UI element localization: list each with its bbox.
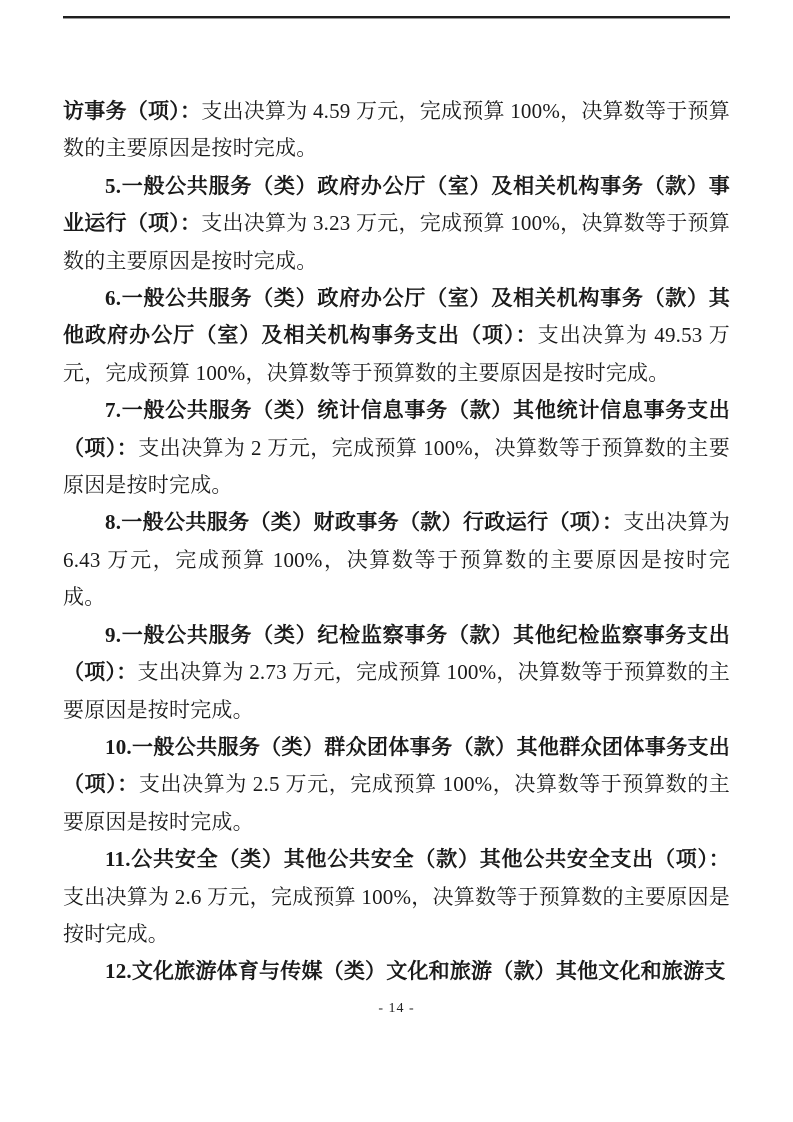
- body-paragraph: 12.文化旅游体育与传媒（类）文化和旅游（款）其他文化和旅游支: [63, 953, 730, 990]
- body-paragraph: 5.一般公共服务（类）政府办公厅（室）及相关机构事务（款）事业运行（项）：支出决…: [63, 168, 730, 280]
- header-rule: [63, 16, 730, 19]
- body-paragraph: 11.公共安全（类）其他公共安全（款）其他公共安全支出（项）：支出决算为 2.6…: [63, 841, 730, 953]
- body-paragraph: 9.一般公共服务（类）纪检监察事务（款）其他纪检监察事务支出（项）：支出决算为 …: [63, 617, 730, 729]
- document-page: 访事务（项）：支出决算为 4.59 万元，完成预算 100%，决算数等于预算数的…: [0, 0, 793, 1122]
- body-paragraph: 7.一般公共服务（类）统计信息事务（款）其他统计信息事务支出（项）：支出决算为 …: [63, 392, 730, 504]
- paragraph-body: 支出决算为 2 万元，完成预算 100%，决算数等于预算数的主要原因是按时完成。: [63, 436, 730, 497]
- body-paragraph: 6.一般公共服务（类）政府办公厅（室）及相关机构事务（款）其他政府办公厅（室）及…: [63, 280, 730, 392]
- paragraph-lead: 11.公共安全（类）其他公共安全（款）其他公共安全支出（项）：: [105, 847, 730, 871]
- paragraph-lead: 8.一般公共服务（类）财政事务（款）行政运行（项）：: [105, 510, 623, 534]
- page-number: - 14 -: [0, 1001, 793, 1017]
- body-paragraph: 访事务（项）：支出决算为 4.59 万元，完成预算 100%，决算数等于预算数的…: [63, 93, 730, 168]
- paragraph-body: 支出决算为 2.5 万元，完成预算 100%，决算数等于预算数的主要原因是按时完…: [63, 772, 730, 833]
- body-paragraph: 10.一般公共服务（类）群众团体事务（款）其他群众团体事务支出（项）：支出决算为…: [63, 729, 730, 841]
- paragraph-body: 支出决算为 2.73 万元，完成预算 100%，决算数等于预算数的主要原因是按时…: [63, 660, 730, 721]
- document-body: 访事务（项）：支出决算为 4.59 万元，完成预算 100%，决算数等于预算数的…: [63, 93, 730, 991]
- paragraph-lead: 访事务（项）：: [63, 99, 201, 123]
- paragraph-lead: 12.文化旅游体育与传媒（类）文化和旅游（款）其他文化和旅游支: [105, 959, 725, 983]
- body-paragraph: 8.一般公共服务（类）财政事务（款）行政运行（项）：支出决算为 6.43 万元，…: [63, 504, 730, 616]
- paragraph-body: 支出决算为 2.6 万元，完成预算 100%，决算数等于预算数的主要原因是按时完…: [63, 885, 730, 946]
